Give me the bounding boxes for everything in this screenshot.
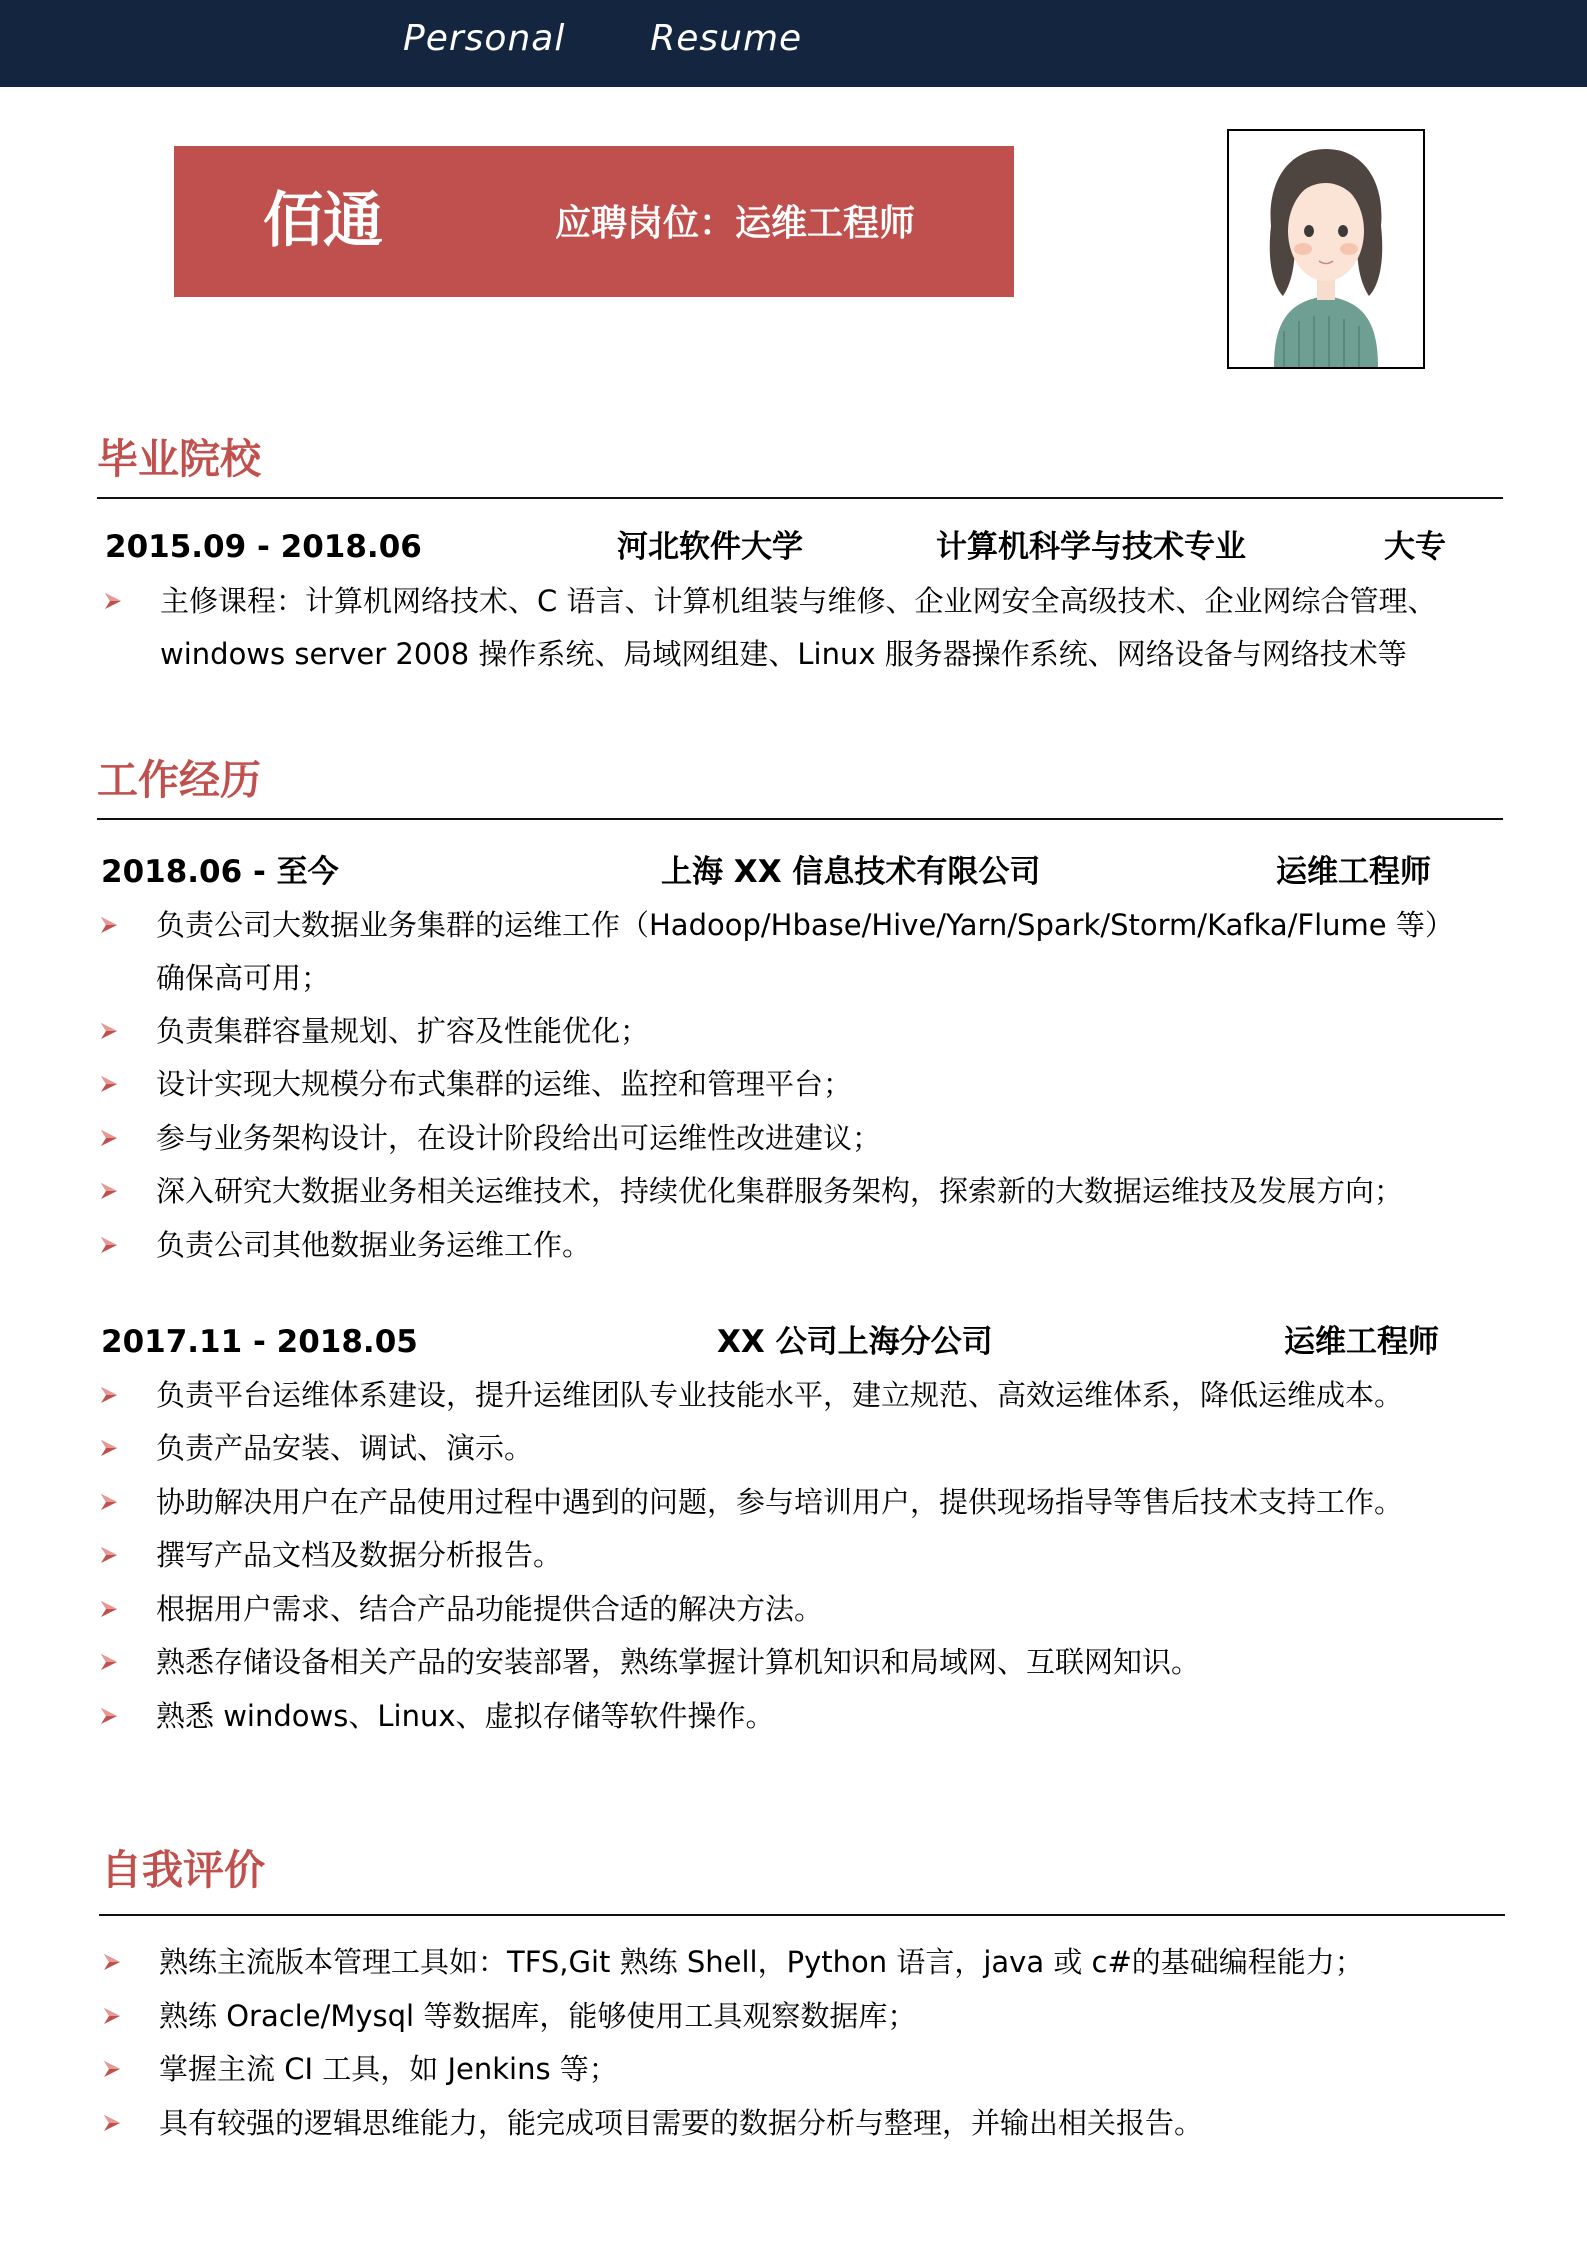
degree: 大专 [1384,527,1446,567]
header-band: Personal Resume [0,0,1587,87]
arrow-bullet-icon [101,1601,117,1617]
name-banner: 佰通 应聘岗位：运维工程师 [174,146,1014,297]
candidate-name: 佰通 [263,186,383,256]
company-name: 上海 XX 信息技术有限公司 [661,852,1040,892]
arrow-bullet-icon [101,1440,117,1456]
section-divider [99,1914,1505,1916]
arrow-bullet-icon [101,1654,117,1670]
section-title-work: 工作经历 [97,756,261,804]
arrow-bullet-icon [101,1130,117,1146]
applied-position: 应聘岗位：运维工程师 [555,202,915,246]
job-role: 运维工程师 [1276,852,1431,892]
arrow-bullet-icon [101,1547,117,1563]
arrow-bullet-icon [101,1183,117,1199]
arrow-bullet-icon [101,1494,117,1510]
arrow-bullet-icon [101,1076,117,1092]
arrow-bullet-icon [101,1237,117,1253]
major: 计算机科学与技术专业 [936,527,1246,567]
avatar-illustration-icon [1229,131,1423,367]
arrow-bullet-icon [104,2008,120,2024]
section-divider [97,818,1503,820]
arrow-bullet-icon [104,1954,120,1970]
arrow-bullet-icon [101,1708,117,1724]
section-title-self-evaluation: 自我评价 [101,1846,265,1894]
arrow-bullet-icon [101,1387,117,1403]
section-divider [97,497,1503,499]
job-role: 运维工程师 [1284,1322,1439,1362]
profile-photo [1227,129,1425,369]
arrow-bullet-icon [104,2115,120,2131]
arrow-bullet-icon [104,2061,120,2077]
school-name: 河北软件大学 [617,527,803,567]
section-title-education: 毕业院校 [97,435,261,483]
arrow-bullet-icon [101,1023,117,1039]
job-period: 2017.11 - 2018.05 [101,1322,418,1362]
company-name: XX 公司上海分公司 [717,1322,993,1362]
resume-title: Personal Resume [403,18,802,59]
education-period: 2015.09 - 2018.06 [105,527,422,567]
arrow-bullet-icon [101,917,117,933]
job-period: 2018.06 - 至今 [101,852,339,892]
arrow-bullet-icon [105,593,121,609]
